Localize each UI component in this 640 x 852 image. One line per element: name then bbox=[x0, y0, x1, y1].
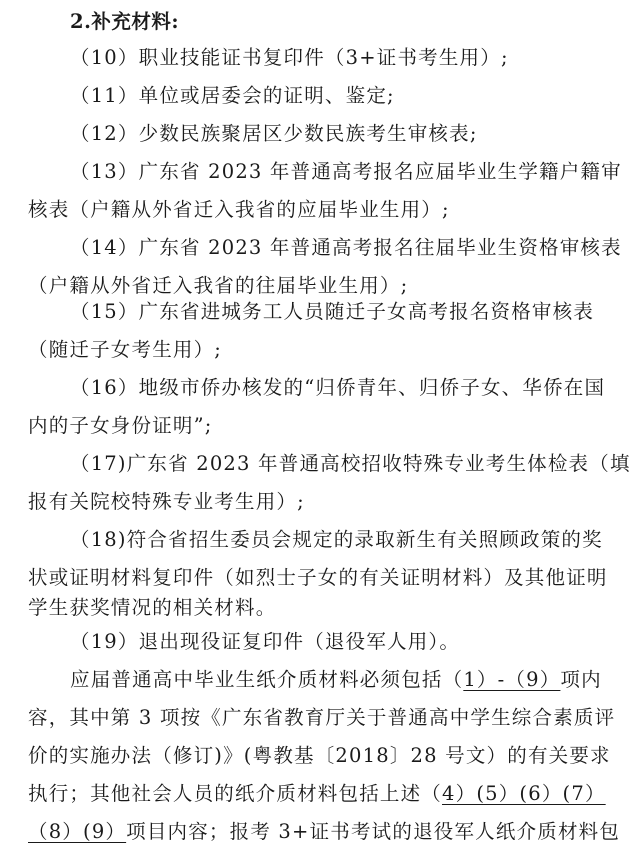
item-11: （11）单位或居委会的证明、鉴定; bbox=[70, 84, 395, 108]
closing-line-3: 价的实施办法（修订)》(粤教基〔2018〕28 号文）的有关要求 bbox=[28, 744, 611, 768]
closing-line-5-post: 项目内容；报考 3+证书考试的退役军人纸介质材料包 bbox=[126, 820, 620, 843]
item-12: （12）少数民族聚居区少数民族考生审核表; bbox=[70, 122, 478, 146]
item-15-line-2: （随迁子女考生用）; bbox=[28, 338, 222, 362]
item-17-line-1: （17)广东省 2023 年普通高校招收特殊专业考生体检表（填 bbox=[70, 452, 631, 476]
closing-items-8-9: （8）(9） bbox=[28, 820, 126, 843]
closing-line-4: 执行；其他社会人员的纸介质材料包括上述（4）(5）(6）(7） bbox=[28, 782, 606, 806]
document-page: 2.补充材料: （10）职业技能证书复印件（3+证书考生用）; （11）单位或居… bbox=[0, 0, 640, 852]
item-16-line-1: （16）地级市侨办核发的“归侨青年、归侨子女、华侨在国 bbox=[70, 376, 605, 400]
item-13-line-2: 核表（户籍从外省迁入我省的应届毕业生用）; bbox=[28, 198, 450, 222]
item-14-line-2: （户籍从外省迁入我省的往届毕业生用）; bbox=[28, 274, 408, 298]
item-15-line-1: （15）广东省进城务工人员随迁子女高考报名资格审核表 bbox=[70, 300, 594, 324]
closing-line-1: 应届普通高中毕业生纸介质材料必须包括（1）-（9）项内 bbox=[70, 668, 602, 692]
item-18-line-2: 状或证明材料复印件（如烈士子女的有关证明材料）及其他证明 bbox=[28, 566, 608, 590]
closing-items-4-7: 4）(5）(6）(7） bbox=[442, 782, 606, 805]
item-14-line-1: （14）广东省 2023 年普通高考报名往届毕业生资格审核表 bbox=[70, 236, 622, 260]
section-heading: 2.补充材料: bbox=[70, 10, 179, 34]
closing-line-2: 容，其中第 3 项按《广东省教育厅关于普通高中学生综合素质评 bbox=[28, 706, 615, 730]
item-18-line-1: （18)符合省招生委员会规定的录取新生有关照顾政策的奖 bbox=[70, 528, 603, 552]
item-19: （19）退出现役证复印件（退役军人用）。 bbox=[70, 630, 460, 654]
closing-line-1-post: 项内 bbox=[560, 668, 601, 691]
item-16-line-2: 内的子女身份证明”; bbox=[28, 414, 213, 438]
item-18-line-3: 学生获奖情况的相关材料。 bbox=[28, 596, 276, 620]
closing-line-5: （8）(9）项目内容；报考 3+证书考试的退役军人纸介质材料包 bbox=[28, 820, 620, 844]
item-13-line-1: （13）广东省 2023 年普通高考报名应届毕业生学籍户籍审 bbox=[70, 160, 622, 184]
closing-line-1-pre: 应届普通高中毕业生纸介质材料必须包括（ bbox=[70, 668, 463, 691]
closing-range-1-9: 1）-（9） bbox=[463, 668, 560, 691]
item-17-line-2: 报有关院校特殊专业考生用）; bbox=[28, 490, 305, 514]
item-10: （10）职业技能证书复印件（3+证书考生用）; bbox=[70, 46, 509, 70]
closing-line-4-pre: 执行；其他社会人员的纸介质材料包括上述（ bbox=[28, 782, 442, 805]
